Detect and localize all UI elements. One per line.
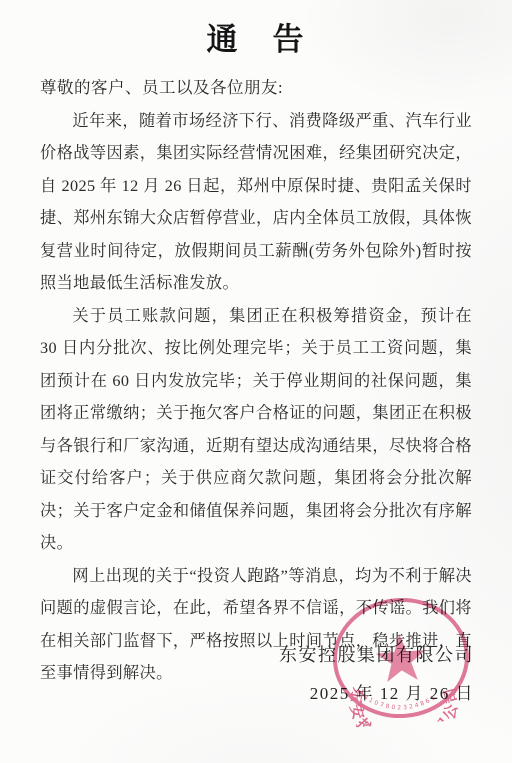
- notice-title: 通 告: [40, 20, 472, 60]
- salutation: 尊敬的客户、员工以及各位朋友:: [40, 72, 472, 105]
- notice-paragraph-1: 近年来，随着市场经济下行、消费降级严重、汽车行业价格战等因素，集团实际经营情况困…: [40, 105, 472, 300]
- signature-company: 东安控股集团有限公司: [279, 640, 474, 670]
- signature-date: 2025 年 12 月 26 日: [279, 683, 474, 705]
- signature-block: 东安控股集团有限公司 2025 年 12 月 26 日: [279, 640, 474, 705]
- notice-paragraph-2: 关于员工账款问题，集团正在积极筹措资金，预计在 30 日内分批次、按比例处理完毕…: [40, 300, 472, 560]
- notice-document: 通 告 尊敬的客户、员工以及各位朋友: 近年来，随着市场经济下行、消费降级严重、…: [0, 0, 512, 763]
